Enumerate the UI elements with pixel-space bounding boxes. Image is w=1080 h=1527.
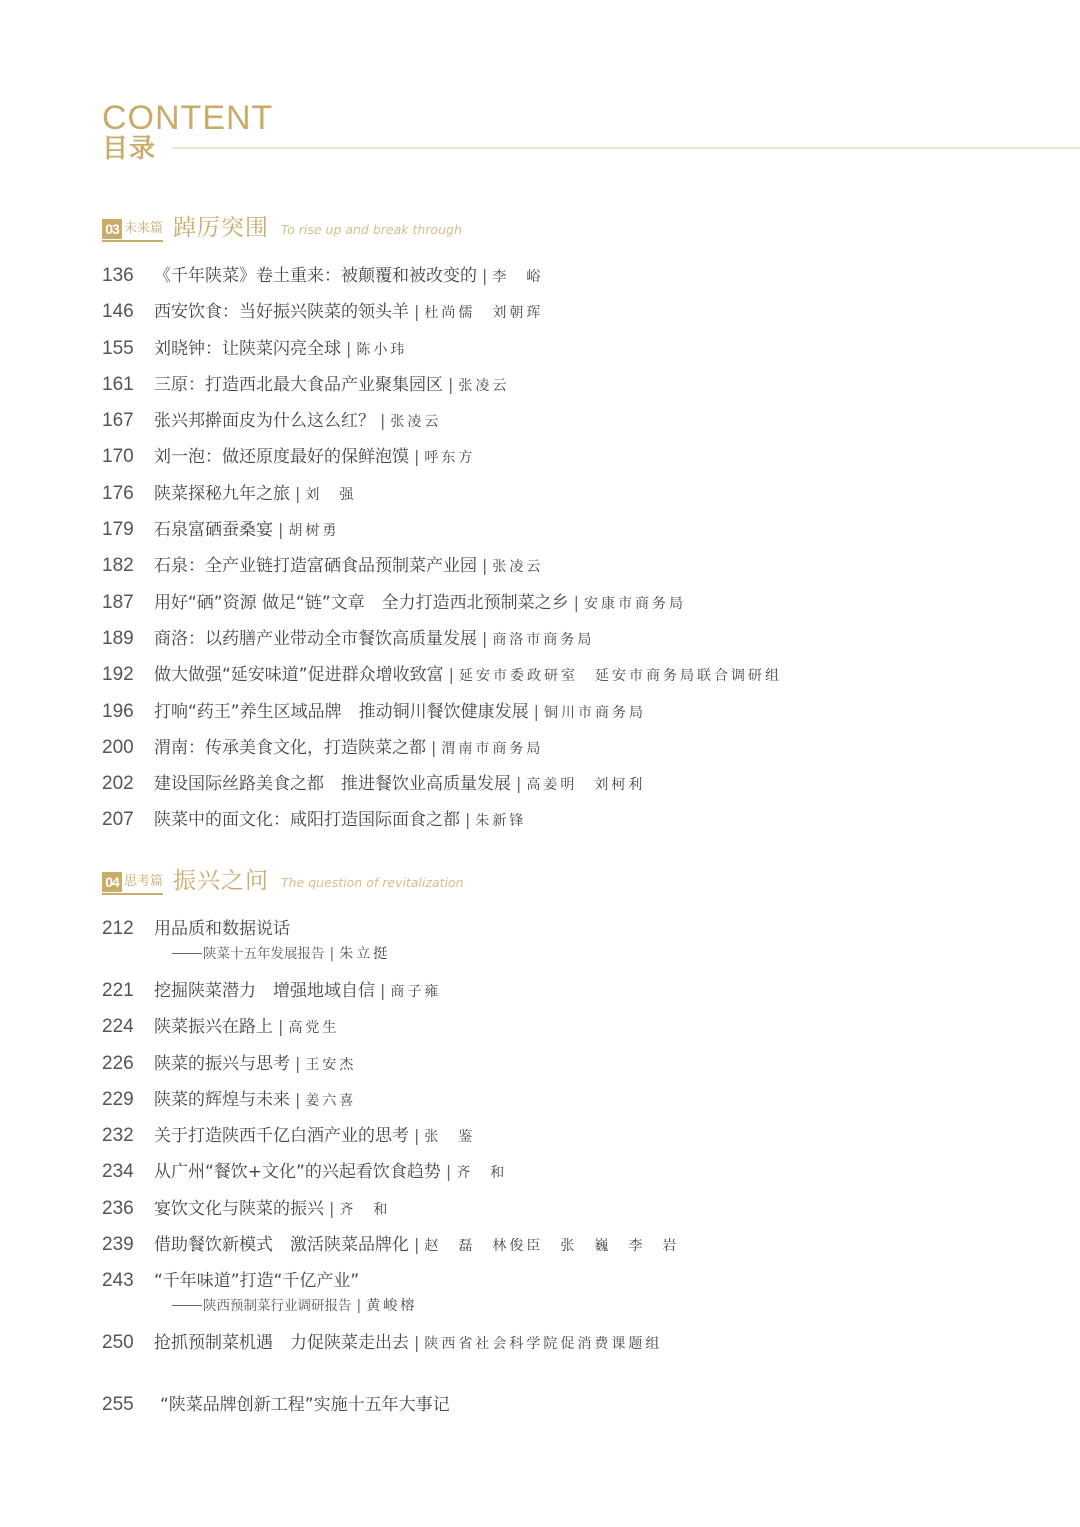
entry-author: 商洛市商务局: [492, 632, 594, 648]
page-number: 170: [102, 445, 134, 469]
entry-author: 陕西省社会科学院促消费课题组: [424, 1336, 662, 1352]
page-number: 239: [102, 1233, 134, 1257]
entry-text: 西安饮食：当好振兴陕菜的领头羊|杜尚儒 刘朝珲: [154, 300, 543, 325]
entry-text: 做大做强“延安味道”促进群众增收致富|延安市委政研室 延安市商务局联合调研组: [154, 663, 782, 688]
entry-title: 用品质和数据说话: [154, 919, 290, 939]
entry-title: 陕菜的辉煌与未来: [154, 1090, 290, 1110]
entry-text: 从广州“餐饮+文化”的兴起看饮食趋势|齐 和: [154, 1160, 507, 1185]
page-number: 200: [102, 736, 134, 760]
entry-text: “陕菜品牌创新工程”实施十五年大事记: [160, 1393, 450, 1417]
page-number: 212: [102, 917, 134, 941]
entry-text: 抢抓预制菜机遇 力促陕菜走出去|陕西省社会科学院促消费课题组: [154, 1331, 662, 1356]
entry-author: 李 峪: [492, 269, 543, 285]
entry-text: 关于打造陕西千亿白酒产业的思考|张 鉴: [154, 1124, 475, 1149]
separator: |: [516, 774, 521, 793]
page-number: 236: [102, 1197, 134, 1221]
entry-text: 陕菜的振兴与思考|王安杰: [154, 1052, 356, 1077]
entry-text: 张兴邦擀面皮为什么这么红？|张凌云: [154, 409, 441, 434]
header-title-cn: 目录: [102, 134, 273, 164]
entry-author: 赵 磊 林俊臣 张 巍 李 岩: [424, 1238, 679, 1254]
entry-title: “千年味道”打造“千亿产业”: [154, 1271, 359, 1291]
entry-title: 陕菜的振兴与思考: [154, 1054, 290, 1074]
entry-text: 用品质和数据说话: [154, 917, 290, 941]
entry-author: 姜六喜: [305, 1093, 356, 1109]
entry-text: 刘一泡：做还原度最好的保鲜泡馍|呼东方: [154, 445, 475, 470]
entry-subtitle-line: 陕菜十五年发展报告|朱立挺: [172, 943, 390, 964]
section-number: 03: [102, 219, 122, 239]
separator: |: [414, 1235, 419, 1254]
entry-author: 朱立挺: [339, 946, 390, 962]
separator: |: [414, 1126, 419, 1145]
entry-title: 打响“药王”养生区域品牌 推动铜川餐饮健康发展: [154, 702, 529, 722]
entry-subtitle: 陕西预制菜行业调研报告: [203, 1298, 352, 1314]
page-number: 232: [102, 1124, 134, 1148]
page-number: 234: [102, 1160, 134, 1184]
section-label: 未来篇: [124, 219, 163, 239]
entry-title: 建设国际丝路美食之都 推进餐饮业高质量发展: [154, 774, 511, 794]
entry-text: 陕菜的辉煌与未来|姜六喜: [154, 1088, 356, 1113]
entry-title: 陕菜振兴在路上: [154, 1017, 273, 1037]
page-number: 229: [102, 1088, 134, 1112]
entry-title: 西安饮食：当好振兴陕菜的领头羊: [154, 302, 409, 322]
entry-title: 刘一泡：做还原度最好的保鲜泡馍: [154, 447, 409, 467]
separator: |: [449, 665, 454, 684]
entry-author: 张 鉴: [424, 1129, 475, 1145]
entry-title: 抢抓预制菜机遇 力促陕菜走出去: [154, 1333, 409, 1353]
separator: |: [465, 810, 470, 829]
section-subtitle-en: The question of revitalization: [281, 872, 464, 895]
page-number: 226: [102, 1052, 134, 1076]
entry-text: 三原：打造西北最大食品产业聚集园区|张凌云: [154, 373, 509, 398]
entry-subtitle: 陕菜十五年发展报告: [203, 946, 325, 962]
separator: |: [295, 1090, 300, 1109]
page-number: 192: [102, 663, 134, 687]
entry-author: 张凌云: [390, 414, 441, 430]
page-number: 196: [102, 700, 134, 724]
separator: |: [380, 981, 385, 1000]
entry-author: 高党生: [288, 1020, 339, 1036]
page-number: 179: [102, 518, 134, 542]
em-dash: [172, 953, 202, 954]
entry-author: 延安市委政研室 延安市商务局联合调研组: [459, 668, 782, 684]
separator: |: [278, 520, 283, 539]
entry-author: 齐 和: [339, 1202, 390, 1218]
entry-title: 挖掘陕菜潜力 增强地域自信: [154, 981, 375, 1001]
entry-author: 刘 强: [305, 487, 356, 503]
page-number: 146: [102, 300, 134, 324]
page-number: 250: [102, 1331, 134, 1355]
header-divider: [172, 147, 1080, 149]
entry-author: 齐 和: [456, 1165, 507, 1181]
entry-title: 借助餐饮新模式 激活陕菜品牌化: [154, 1235, 409, 1255]
entry-text: 渭南：传承美食文化，打造陕菜之都|渭南市商务局: [154, 736, 543, 761]
entry-title: 石泉富硒蚕桑宴: [154, 520, 273, 540]
entry-title: 商洛：以药膳产业带动全市餐饮高质量发展: [154, 629, 477, 649]
entry-text: 商洛：以药膳产业带动全市餐饮高质量发展|商洛市商务局: [154, 627, 594, 652]
page-number: 187: [102, 591, 134, 615]
entry-text: 《千年陕菜》卷土重来：被颠覆和被改变的|李 峪: [154, 264, 543, 289]
entry-title: 从广州“餐饮+文化”的兴起看饮食趋势: [154, 1162, 441, 1182]
entry-title: 石泉：全产业链打造富硒食品预制菜产业园: [154, 556, 477, 576]
entry-title: 渭南：传承美食文化，打造陕菜之都: [154, 738, 426, 758]
separator: |: [482, 556, 487, 575]
page-number: 136: [102, 264, 134, 288]
section-title: 踔厉突围: [173, 214, 269, 242]
entry-title: 陕菜中的面文化：咸阳打造国际面食之都: [154, 810, 460, 830]
separator: |: [448, 375, 453, 394]
section-badge: 04 思考篇: [102, 870, 163, 895]
page-number: 224: [102, 1015, 134, 1039]
entry-text: 借助餐饮新模式 激活陕菜品牌化|赵 磊 林俊臣 张 巍 李 岩: [154, 1233, 679, 1258]
entry-author: 高姜明 刘柯利: [526, 777, 645, 793]
page-number: 189: [102, 627, 134, 651]
section-heading-03: 03 未来篇 踔厉突围 To rise up and break through: [102, 212, 462, 242]
entry-text: 刘晓钟：让陕菜闪亮全球|陈小玮: [154, 337, 407, 362]
page-number: 182: [102, 554, 134, 578]
entry-author: 铜川市商务局: [544, 705, 646, 721]
entry-title: 宴饮文化与陕菜的振兴: [154, 1199, 324, 1219]
entry-author: 张凌云: [492, 559, 543, 575]
separator: |: [534, 702, 539, 721]
separator: |: [414, 1333, 419, 1352]
page-number: 221: [102, 979, 134, 1003]
separator: |: [295, 1054, 300, 1073]
entry-text: 打响“药王”养生区域品牌 推动铜川餐饮健康发展|铜川市商务局: [154, 700, 646, 725]
section-title: 振兴之问: [173, 867, 269, 895]
separator: |: [446, 1162, 451, 1181]
entry-title: 三原：打造西北最大食品产业聚集园区: [154, 375, 443, 395]
section-label: 思考篇: [124, 872, 163, 892]
entry-subtitle-line: 陕西预制菜行业调研报告|黄峻榕: [172, 1295, 417, 1316]
separator: |: [414, 447, 419, 466]
entry-text: 陕菜振兴在路上|高党生: [154, 1015, 339, 1040]
entry-text: 石泉富硒蚕桑宴|胡树勇: [154, 518, 339, 543]
separator: |: [482, 266, 487, 285]
separator: |: [482, 629, 487, 648]
entry-author: 黄峻榕: [366, 1298, 417, 1314]
entry-author: 张凌云: [458, 378, 509, 394]
entry-title: 关于打造陕西千亿白酒产业的思考: [154, 1126, 409, 1146]
entry-author: 杜尚儒 刘朝珲: [424, 305, 543, 321]
entry-text: 陕菜中的面文化：咸阳打造国际面食之都|朱新锋: [154, 808, 526, 833]
entry-author: 呼东方: [424, 450, 475, 466]
entry-author: 商子雍: [390, 984, 441, 1000]
section-subtitle-en: To rise up and break through: [281, 219, 462, 242]
entry-text: 建设国际丝路美食之都 推进餐饮业高质量发展|高姜明 刘柯利: [154, 772, 645, 797]
page-number: 176: [102, 482, 134, 506]
entry-text: “千年味道”打造“千亿产业”: [154, 1269, 359, 1293]
entry-author: 陈小玮: [356, 342, 407, 358]
entry-author: 王安杰: [305, 1057, 356, 1073]
page-number: 161: [102, 373, 134, 397]
toc-header: CONTENT 目录: [102, 100, 273, 164]
entry-text: 陕菜探秘九年之旅|刘 强: [154, 482, 356, 507]
entry-text: 宴饮文化与陕菜的振兴|齐 和: [154, 1197, 390, 1222]
separator: |: [330, 946, 335, 962]
separator: |: [346, 339, 351, 358]
entry-title: 陕菜探秘九年之旅: [154, 484, 290, 504]
em-dash: [172, 1305, 202, 1306]
entry-author: 渭南市商务局: [441, 741, 543, 757]
entry-title: “陕菜品牌创新工程”实施十五年大事记: [160, 1395, 450, 1415]
separator: |: [380, 411, 385, 430]
entry-title: 张兴邦擀面皮为什么这么红？: [154, 411, 375, 431]
entry-title: 做大做强“延安味道”促进群众增收致富: [154, 665, 444, 685]
page-number: 155: [102, 337, 134, 361]
entry-author: 朱新锋: [475, 813, 526, 829]
separator: |: [357, 1298, 362, 1314]
separator: |: [329, 1199, 334, 1218]
section-heading-04: 04 思考篇 振兴之问 The question of revitalizati…: [102, 865, 464, 895]
section-badge: 03 未来篇: [102, 217, 163, 242]
entry-author: 安康市商务局: [584, 596, 686, 612]
separator: |: [278, 1017, 283, 1036]
entry-title: 刘晓钟：让陕菜闪亮全球: [154, 339, 341, 359]
section-number: 04: [102, 872, 122, 892]
page-number: 243: [102, 1269, 134, 1293]
separator: |: [414, 302, 419, 321]
entry-title: 《千年陕菜》卷土重来：被颠覆和被改变的: [154, 266, 477, 286]
separator: |: [431, 738, 436, 757]
entry-author: 胡树勇: [288, 523, 339, 539]
header-title-en: CONTENT: [102, 100, 273, 136]
entry-text: 用好“硒”资源 做足“链”文章 全力打造西北预制菜之乡|安康市商务局: [154, 591, 686, 616]
page-number: 167: [102, 409, 134, 433]
page-number: 202: [102, 772, 134, 796]
separator: |: [295, 484, 300, 503]
page-number: 255: [102, 1393, 134, 1417]
entry-title: 用好“硒”资源 做足“链”文章 全力打造西北预制菜之乡: [154, 593, 569, 613]
entry-text: 石泉：全产业链打造富硒食品预制菜产业园|张凌云: [154, 554, 543, 579]
page-number: 207: [102, 808, 134, 832]
entry-text: 挖掘陕菜潜力 增强地域自信|商子雍: [154, 979, 441, 1004]
separator: |: [574, 593, 579, 612]
